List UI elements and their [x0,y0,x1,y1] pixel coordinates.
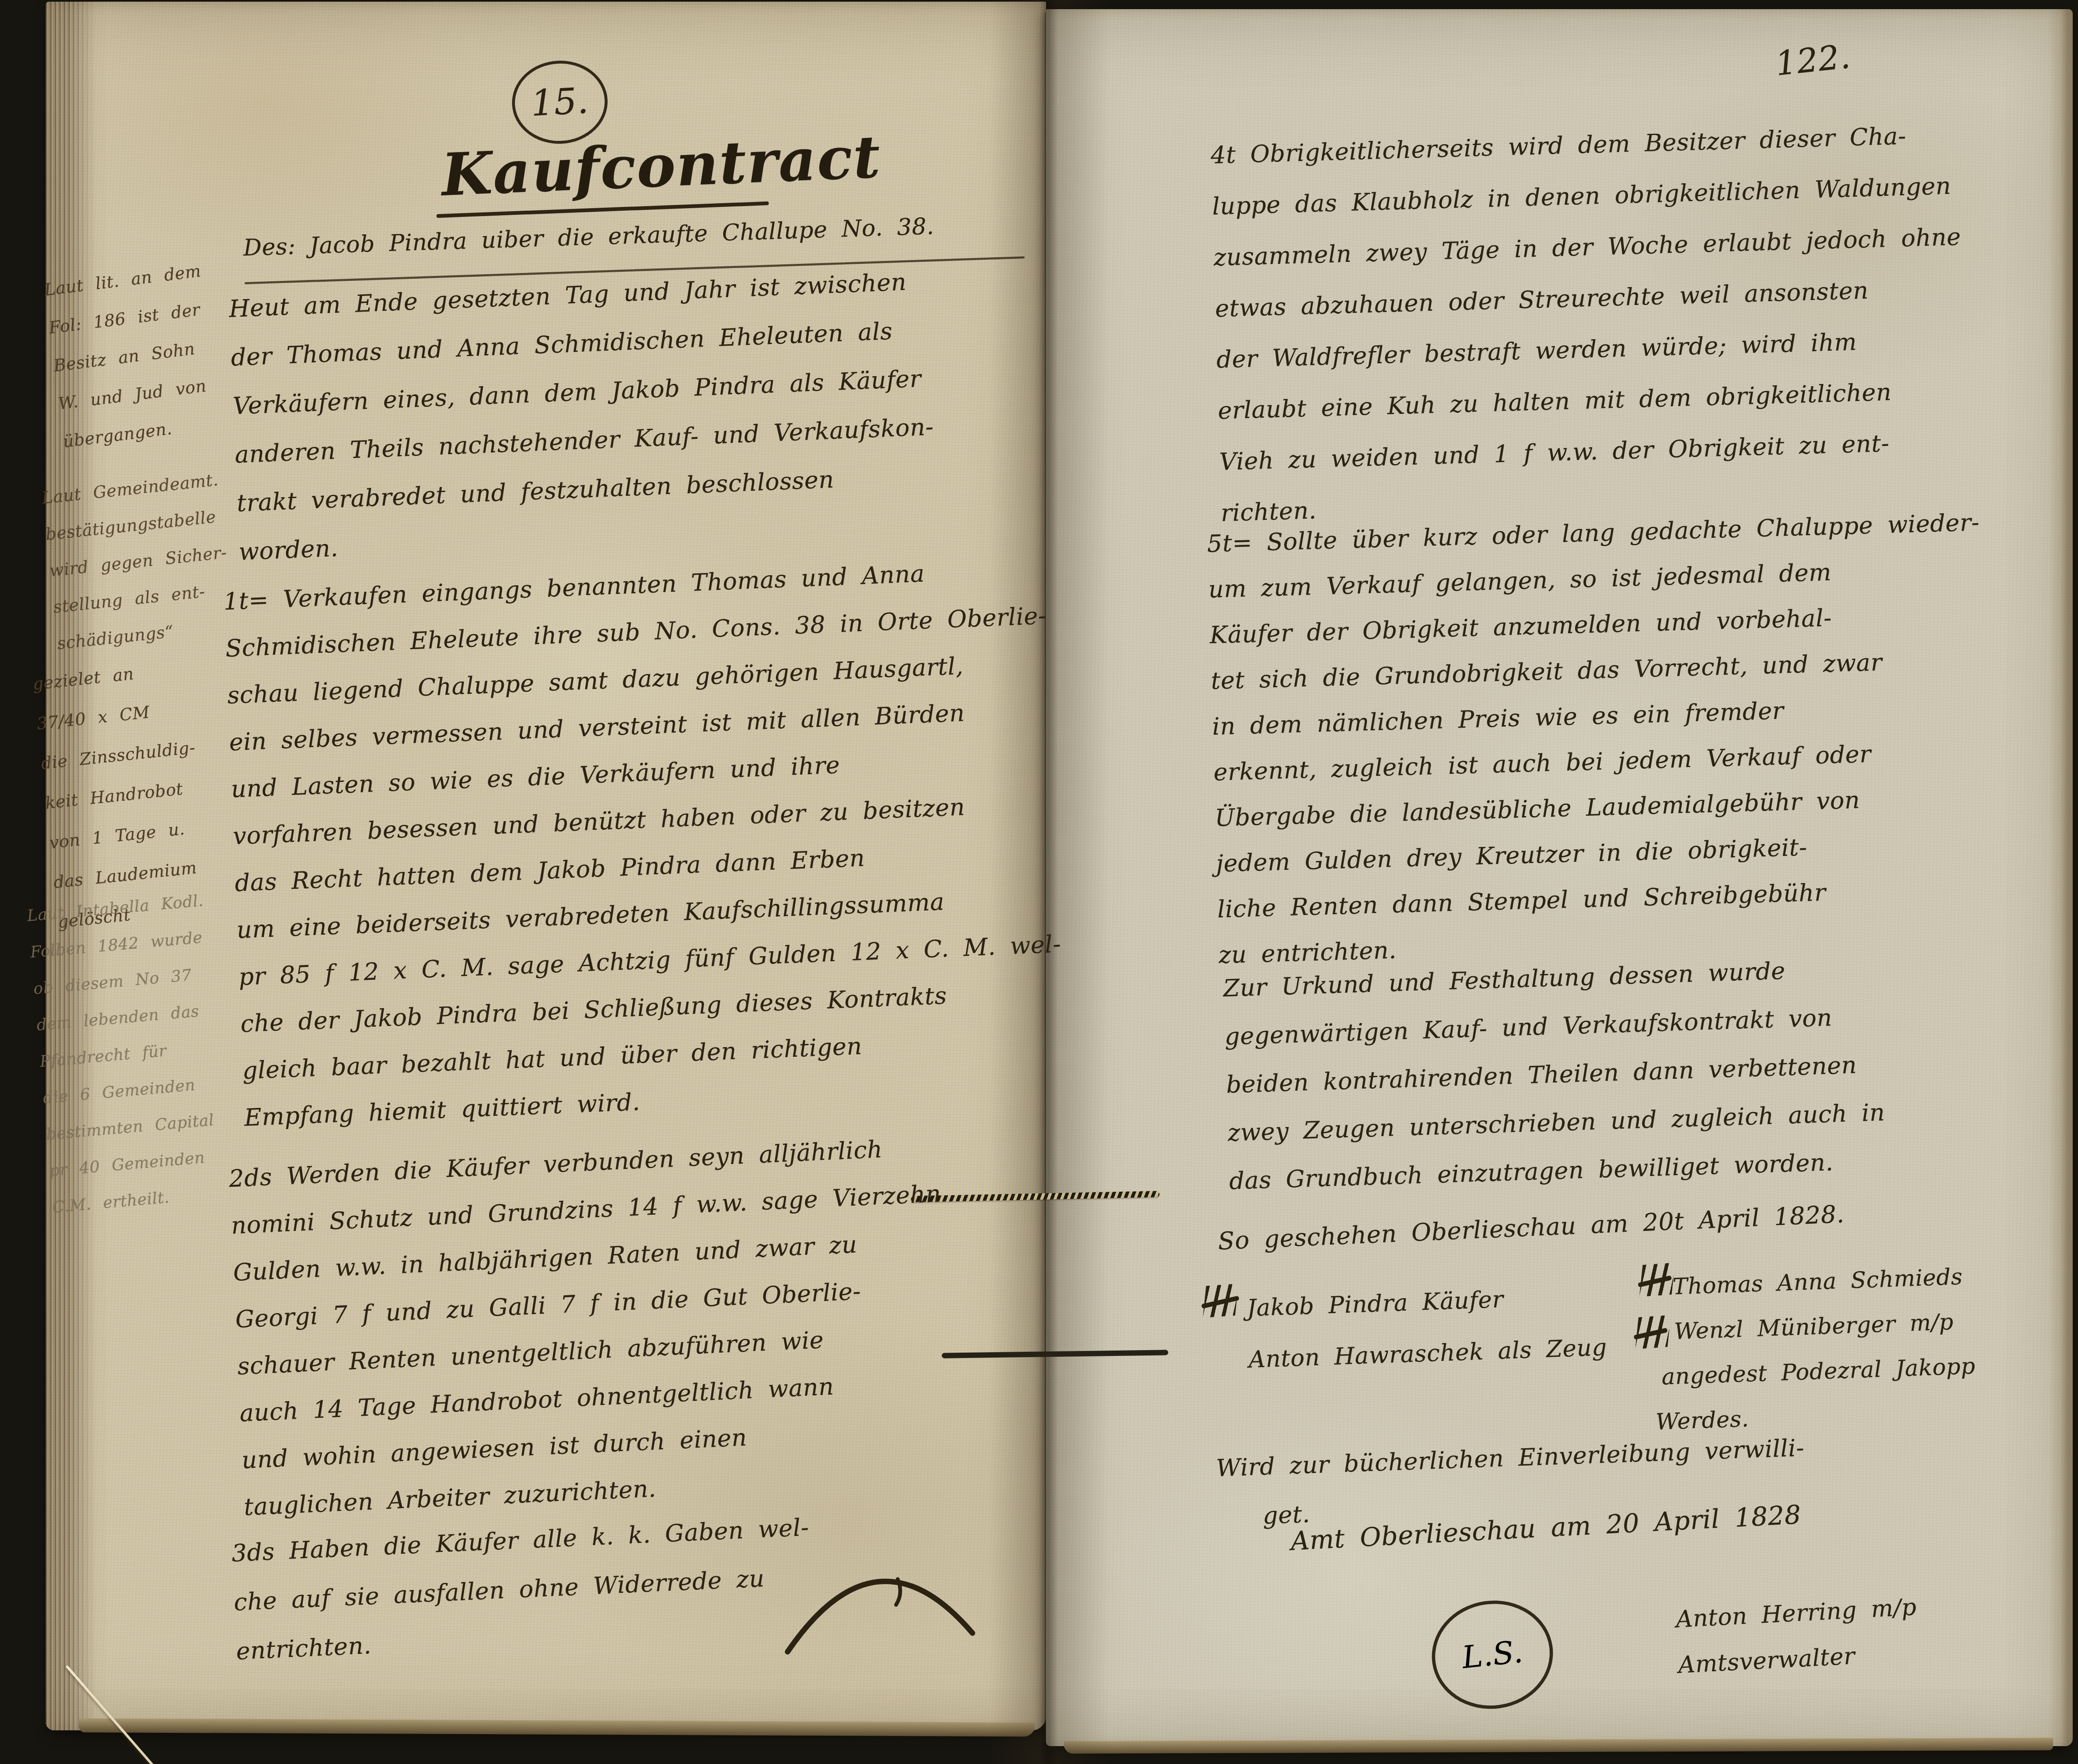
margin-note-pencil: Laut Intabella Kodl.Folben 1842 wurdeob … [25,882,230,1225]
official-signature: Anton Herring m/pAmtsverwalter [1675,1584,1920,1688]
signatures-sellers-witness: Thomas Anna SchmiedsWenzl Müniberger m/p… [1672,1254,1978,1444]
page-number: 122. [1774,37,1852,83]
paragraph-3: 3ds Haben die Käufer alle k. k. Gaben we… [231,1503,815,1676]
intro-paragraph: Heut am Ende gesetzten Tag und Jahr ist … [228,257,938,577]
paragraph-4: 4t Obrigkeitlicherseits wird dem Besitze… [1210,109,1969,539]
manuscript-scan: 15. Kaufcontract Des: Jacob Pindra uiber… [0,0,2078,1764]
margin-note-confirmation: Laut Gemeindeamt.bestätigungstabellewird… [40,462,236,662]
right-page-fore-edge [2049,9,2073,1746]
seal-label: L.S. [1460,1634,1525,1676]
closing-paragraph: Zur Urkund und Festhaltung dessen wurdeg… [1222,944,1887,1205]
signature-cross-icon [1203,1284,1238,1317]
signature-cross-icon [1640,1263,1671,1292]
margin-note-registration: Laut lit. an demFol: 186 ist derBesitz a… [42,252,222,461]
ink-flourish-icon [773,1508,989,1675]
signature-cross-icon [1636,1316,1667,1344]
paragraph-1: 1t= Verkaufen eingangs benannten Thomas … [223,546,1068,1142]
paragraph-2: 2ds Werden die Käufer verbunden seyn all… [228,1124,955,1531]
paragraph-5: 5t= Sollte über kurz oder lang gedachte … [1206,499,1992,978]
signatures-buyer-witness: Jakob Pindra KäuferAnton Hawraschek als … [1246,1270,1608,1386]
sheet-number: 15. [530,80,590,124]
